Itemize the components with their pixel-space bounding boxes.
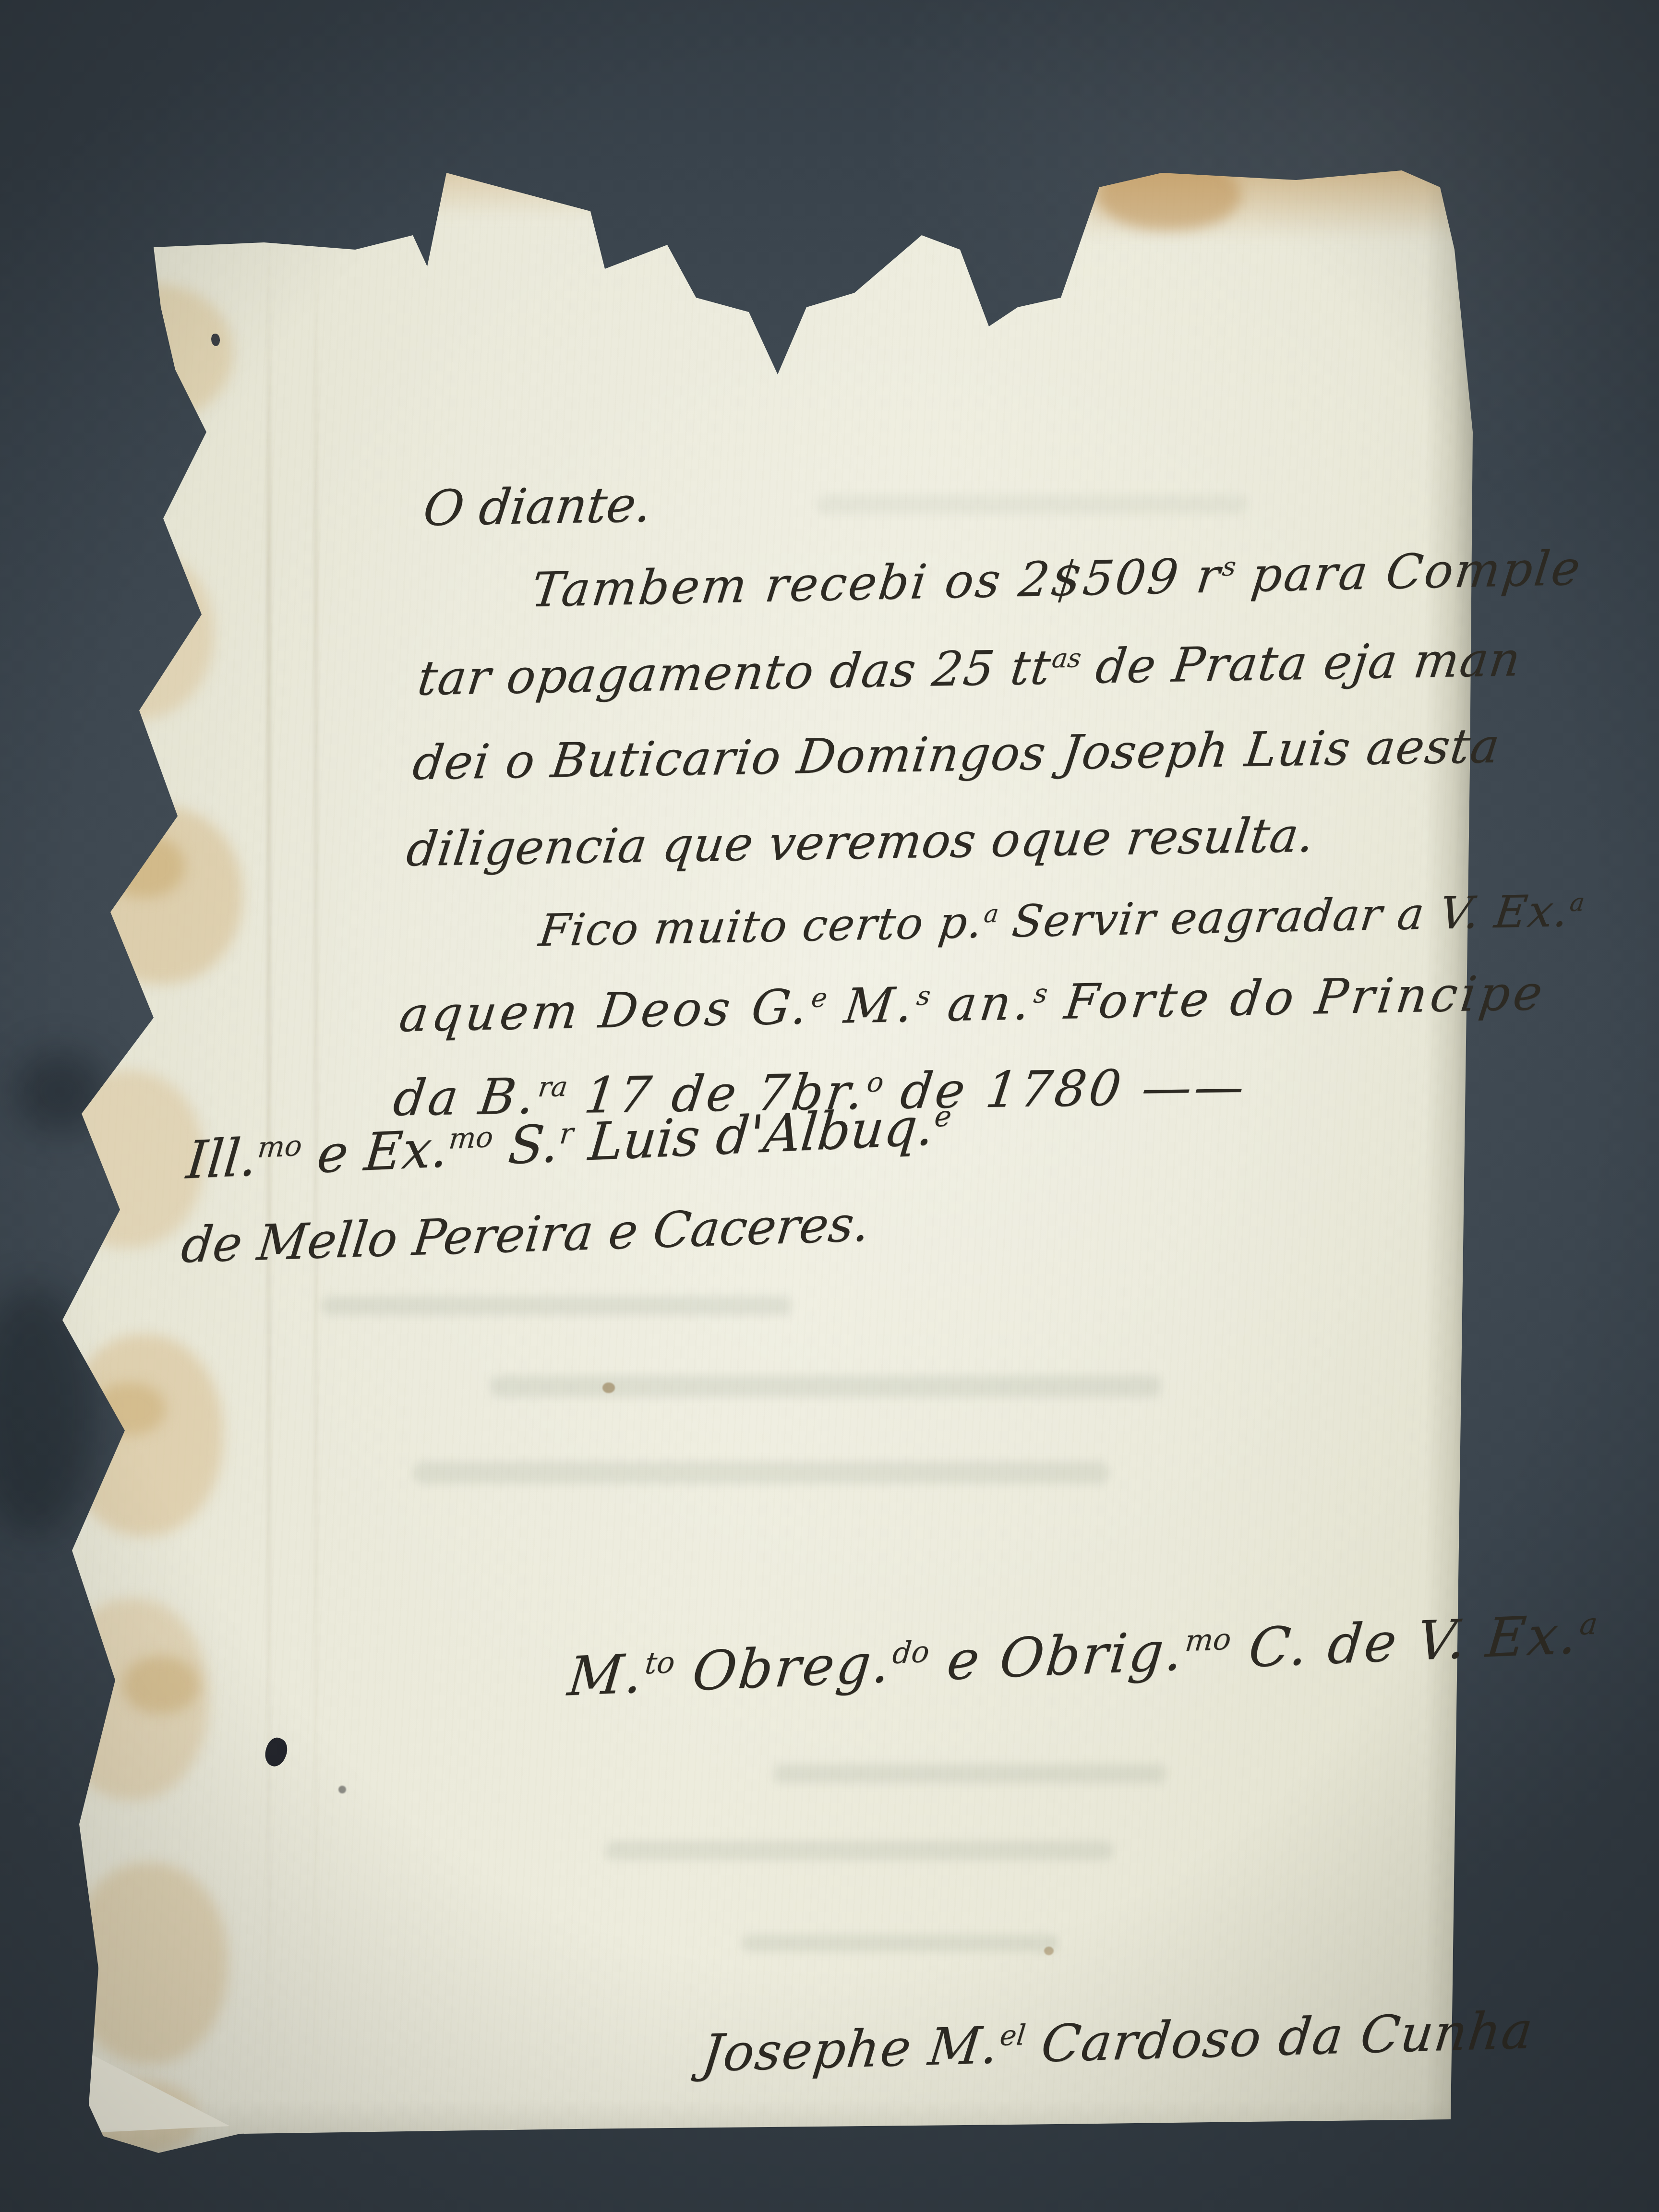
- handwritten-text: Obreg.: [671, 1632, 895, 1704]
- superscript-abbreviation: do: [891, 1634, 931, 1671]
- superscript-abbreviation: mo: [256, 1129, 304, 1165]
- handwritten-text: M.: [823, 976, 919, 1034]
- handwritten-text: M.: [565, 1642, 647, 1708]
- ink-bleedthrough-mark: [816, 494, 1248, 515]
- tape-residue: [84, 394, 146, 442]
- superscript-abbreviation: el: [998, 2019, 1027, 2052]
- superscript-abbreviation: a: [1578, 1606, 1599, 1642]
- superscript-abbreviation: as: [1050, 642, 1083, 673]
- handwritten-text: e Obrig.: [925, 1620, 1187, 1693]
- handwritten-text: Forte do Principe: [1043, 964, 1549, 1030]
- handwritten-text: an.: [926, 974, 1036, 1033]
- ink-bleedthrough-mark: [413, 1462, 1109, 1484]
- superscript-abbreviation: e: [933, 1100, 953, 1134]
- tape-residue: [94, 1382, 166, 1435]
- handwritten-text: O diante.: [420, 476, 655, 538]
- handwritten-text: Ill.: [184, 1127, 260, 1190]
- ink-bleedthrough-mark: [605, 1841, 1114, 1860]
- superscript-abbreviation: to: [643, 1645, 676, 1681]
- ink-bleedthrough-mark: [322, 1296, 792, 1315]
- handwritten-text: de Prata eja man: [1077, 632, 1525, 695]
- ink-speck: [127, 475, 140, 493]
- ink-speck: [211, 334, 220, 346]
- ink-bleedthrough-mark: [742, 1935, 1058, 1952]
- paper-edge-shadow: [50, 2100, 1479, 2165]
- superscript-abbreviation: a: [1568, 888, 1586, 917]
- handwritten-text: Josephe M.: [699, 2016, 1002, 2083]
- tape-residue: [103, 835, 185, 898]
- manuscript-line-heading: O diante.: [420, 476, 655, 538]
- handwritten-text: para Comple: [1231, 541, 1585, 603]
- ink-bleedthrough-mark: [773, 1764, 1166, 1783]
- handwritten-text: tar opagamento das 25 tt: [415, 640, 1055, 706]
- handwritten-text: aquem Deos G.: [397, 979, 814, 1043]
- handwritten-text: e Ex.: [298, 1118, 451, 1186]
- paper-stain: [430, 156, 612, 218]
- superscript-abbreviation: ra: [536, 1071, 569, 1103]
- paper-stain: [1097, 158, 1241, 230]
- superscript-abbreviation: mo: [447, 1120, 495, 1156]
- tape-residue: [70, 1863, 228, 2064]
- photo-background: O diante. Tambem recebi os 2$509 rs para…: [0, 0, 1659, 2212]
- tape-residue: [122, 1656, 199, 1714]
- paper-freckle: [338, 1786, 346, 1793]
- superscript-abbreviation: mo: [1184, 1622, 1233, 1658]
- paper-edge-shadow: [1424, 163, 1473, 2165]
- handwritten-text: Servir eagradar a V. Ex.: [995, 885, 1572, 948]
- tape-residue: [55, 547, 214, 720]
- ink-bleedthrough-mark: [490, 1375, 1162, 1397]
- handwritten-text: Fico muito certo p.: [536, 896, 986, 956]
- handwritten-text: S.: [489, 1114, 562, 1177]
- tape-residue: [65, 283, 233, 422]
